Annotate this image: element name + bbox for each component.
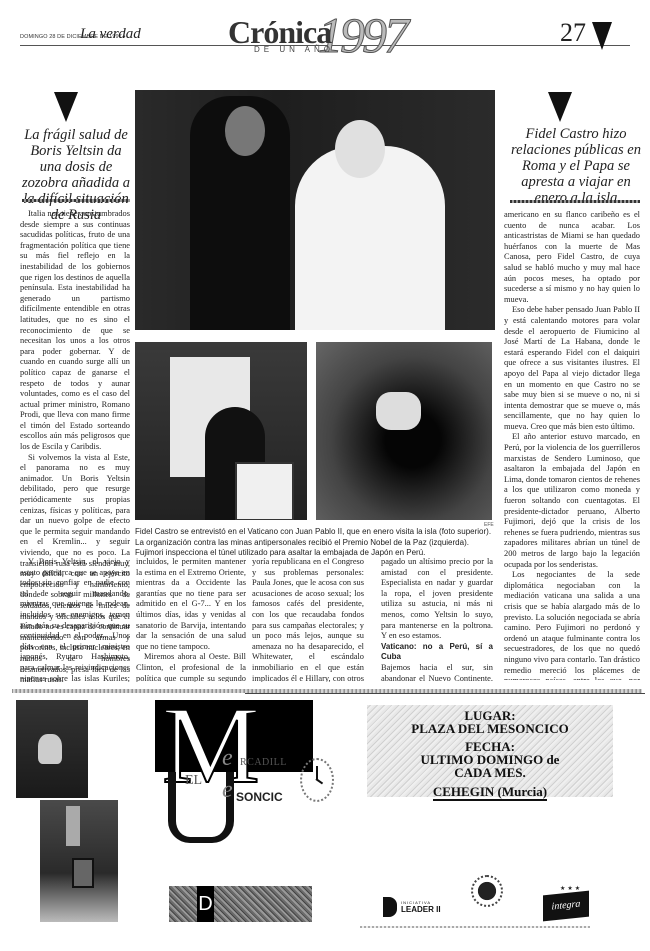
paragraph: Bajemos hacia el sur, sin abandonar el N… <box>381 663 493 682</box>
photo-detail <box>376 392 421 430</box>
leader-logo: INICIATIVA LEADER II <box>383 897 441 917</box>
paragraph: incluidos, le permiten mantener la estim… <box>136 557 246 652</box>
market-logo-line2: SONCIC <box>236 790 283 804</box>
market-logo-e: e <box>222 745 233 772</box>
deck-rule <box>22 199 130 202</box>
market-logo-line1: RCADILL <box>240 757 287 768</box>
city: CEHEGIN (Murcia) <box>433 784 547 801</box>
right-deck-headline: Fidel Castro hizo relaciones públicas en… <box>510 126 642 206</box>
fecha-value: CADA MES. <box>367 766 613 779</box>
photo-fujimori-tunnel <box>316 342 492 520</box>
event-info-box: LUGAR: PLAZA DEL MESONCICO FECHA: ULTIMO… <box>367 705 613 797</box>
figure <box>225 106 265 156</box>
paragraph: Los negociantes de la sede diplomática n… <box>504 570 640 680</box>
divider <box>245 693 645 694</box>
paragraph: Miremos ahora al Oeste. Bill Clinton, el… <box>136 652 246 682</box>
paragraph: americano en su flanco caribeño es el cu… <box>504 210 640 305</box>
left-article-column-cont: Y Boris Yeltsin, el viejo y astuto patri… <box>20 557 130 682</box>
deck-rule <box>510 200 640 203</box>
kicker-triangle-icon <box>54 92 78 122</box>
middle-column-b: yoría republicana en el Congreso y sus p… <box>252 557 364 682</box>
figure <box>335 120 385 178</box>
market-logo-el: EL <box>185 773 202 789</box>
page-number: 27 <box>560 18 586 48</box>
photo-caption: Fidel Castro se entrevistó en el Vatican… <box>135 527 497 559</box>
photo-detail <box>38 734 62 764</box>
page-triangle-icon <box>592 22 612 50</box>
paragraph: Italia nos tiene acostumbrados desde sie… <box>20 209 130 453</box>
section-subtitle: DE UN AÑO <box>254 45 334 54</box>
integra-logo: integra <box>543 891 589 922</box>
ad-photo-town <box>40 800 118 922</box>
lugar-value: PLAZA DEL MESONCICO <box>367 722 613 735</box>
paragraph: yoría republicana en el Congreso y sus p… <box>252 557 364 682</box>
ad-banner-letter: D <box>197 886 214 922</box>
ad-photo-still-life <box>16 700 88 798</box>
clock-hand <box>315 778 323 784</box>
paragraph: Y Boris Yeltsin, el viejo y astuto patri… <box>20 557 130 682</box>
clock-icon <box>300 758 334 802</box>
photo-detail <box>235 462 294 520</box>
kicker-triangle-icon <box>548 92 572 122</box>
leader-big: LEADER II <box>401 905 441 914</box>
photo-castro-pope <box>135 90 495 330</box>
photo-nobel-prize <box>135 342 307 520</box>
paragraph: pagado un altísimo precio por la amistad… <box>381 557 493 642</box>
photo-detail <box>72 858 94 888</box>
right-article-column: americano en su flanco caribeño es el cu… <box>504 210 640 680</box>
photo-detail <box>66 806 80 846</box>
middle-column-c: pagado un altísimo precio por la amistad… <box>381 557 493 682</box>
divider <box>360 926 590 928</box>
middle-column-a: incluidos, le permiten mantener la estim… <box>136 557 246 682</box>
ad-banner <box>169 886 312 922</box>
paragraph: Eso debe haber pensado Juan Pablo II y e… <box>504 305 640 432</box>
subheading: Vaticano: no a Perú, sí a Cuba <box>381 642 493 663</box>
market-logo-e: e <box>222 777 233 804</box>
leader-icon <box>383 897 397 917</box>
newspaper-name: La verdad <box>80 26 141 43</box>
paragraph: El año anterior estuvo marcado, en Perú,… <box>504 432 640 570</box>
municipal-seal-icon <box>471 875 503 907</box>
